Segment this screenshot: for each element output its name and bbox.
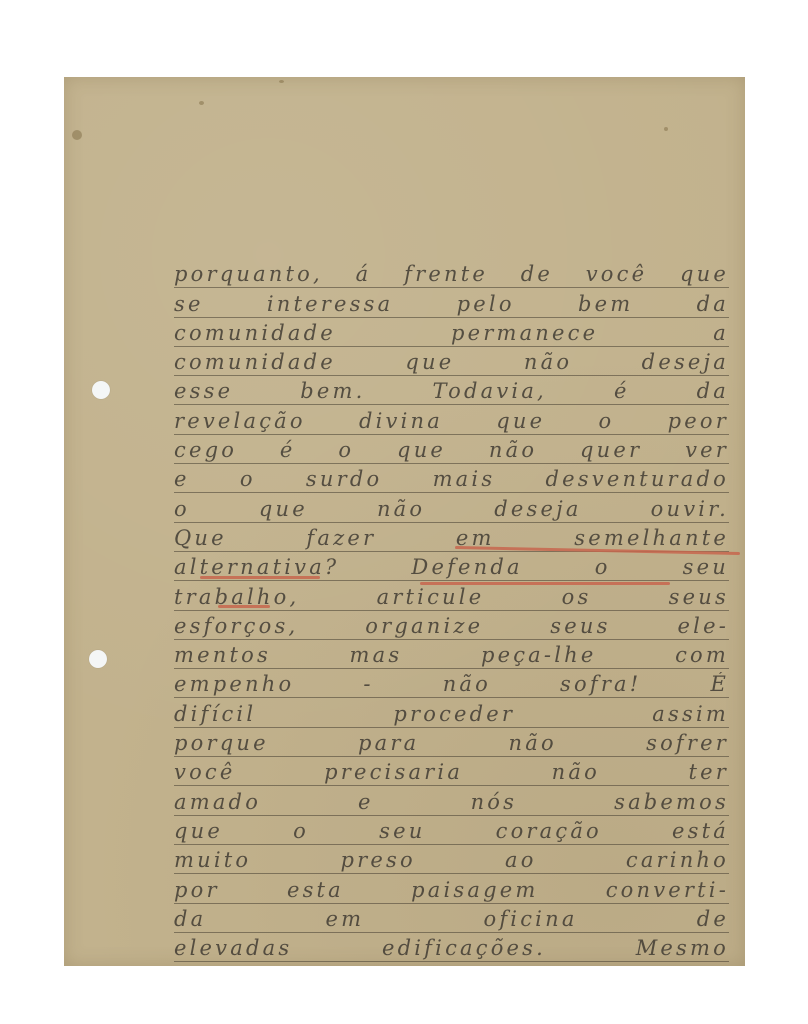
handwritten-line: da em oficina de — [174, 907, 729, 931]
text-line: se interessa pelo bem da — [174, 288, 729, 317]
ink-spot — [279, 80, 284, 83]
text-line: que o seu coração está — [174, 816, 729, 845]
text-line: amado e nós sabemos — [174, 786, 729, 815]
ink-spot — [72, 130, 82, 140]
text-line: porque para não sofrer — [174, 728, 729, 757]
text-line: elevadas edificações. Mesmo — [174, 933, 729, 962]
handwritten-line: e o surdo mais desventurado — [174, 467, 729, 491]
punch-hole-top — [92, 381, 110, 399]
handwritten-line: esse bem. Todavia, é da — [174, 379, 729, 403]
red-underline-articule-os-seus — [420, 582, 670, 585]
handwritten-line: porquanto, á frente de você que — [174, 262, 729, 286]
text-line: e o surdo mais desventurado — [174, 464, 729, 493]
red-underline-trabalho — [200, 576, 320, 579]
text-line: o que não deseja ouvir. — [174, 493, 729, 522]
handwritten-line: esforços, organize seus ele- — [174, 614, 729, 638]
handwritten-line: Que fazer em semelhante — [174, 526, 729, 550]
red-underline-esforcos — [218, 605, 270, 608]
ink-spot — [199, 101, 204, 105]
handwritten-line: porque para não sofrer — [174, 731, 729, 755]
handwritten-line: o que não deseja ouvir. — [174, 497, 729, 521]
text-line: por esta paisagem converti- — [174, 874, 729, 903]
text-line: difícil proceder assim — [174, 698, 729, 727]
handwritten-line: revelação divina que o peor — [174, 409, 729, 433]
text-line: empenho - não sofra! É — [174, 669, 729, 698]
text-line: muito preso ao carinho — [174, 845, 729, 874]
ruled-text-area: porquanto, á frente de você que se inter… — [174, 259, 729, 962]
ink-spot — [664, 127, 668, 131]
handwritten-line: se interessa pelo bem da — [174, 292, 729, 316]
handwritten-line: difícil proceder assim — [174, 702, 729, 726]
handwritten-line: elevadas edificações. Mesmo — [174, 936, 729, 960]
handwritten-line: comunidade que não deseja — [174, 350, 729, 374]
handwritten-line: mentos mas peça-lhe com — [174, 643, 729, 667]
text-line: porquanto, á frente de você que — [174, 259, 729, 288]
handwritten-line: você precisaria não ter — [174, 760, 729, 784]
text-line: revelação divina que o peor — [174, 405, 729, 434]
handwritten-line: comunidade permanece a — [174, 321, 729, 345]
text-line: esforços, organize seus ele- — [174, 611, 729, 640]
handwritten-line: por esta paisagem converti- — [174, 878, 729, 902]
handwritten-line: que o seu coração está — [174, 819, 729, 843]
text-line: mentos mas peça-lhe com — [174, 640, 729, 669]
text-line: você precisaria não ter — [174, 757, 729, 786]
text-line: cego é o que não quer ver — [174, 435, 729, 464]
text-line: Que fazer em semelhante — [174, 523, 729, 552]
manuscript-page: porquanto, á frente de você que se inter… — [64, 77, 745, 966]
text-line: da em oficina de — [174, 904, 729, 933]
text-line: comunidade permanece a — [174, 318, 729, 347]
handwritten-line: muito preso ao carinho — [174, 848, 729, 872]
punch-hole-bottom — [89, 650, 107, 668]
handwritten-line: empenho - não sofra! É — [174, 672, 729, 696]
handwritten-line: amado e nós sabemos — [174, 790, 729, 814]
text-line: esse bem. Todavia, é da — [174, 376, 729, 405]
text-line: comunidade que não deseja — [174, 347, 729, 376]
handwritten-line: cego é o que não quer ver — [174, 438, 729, 462]
